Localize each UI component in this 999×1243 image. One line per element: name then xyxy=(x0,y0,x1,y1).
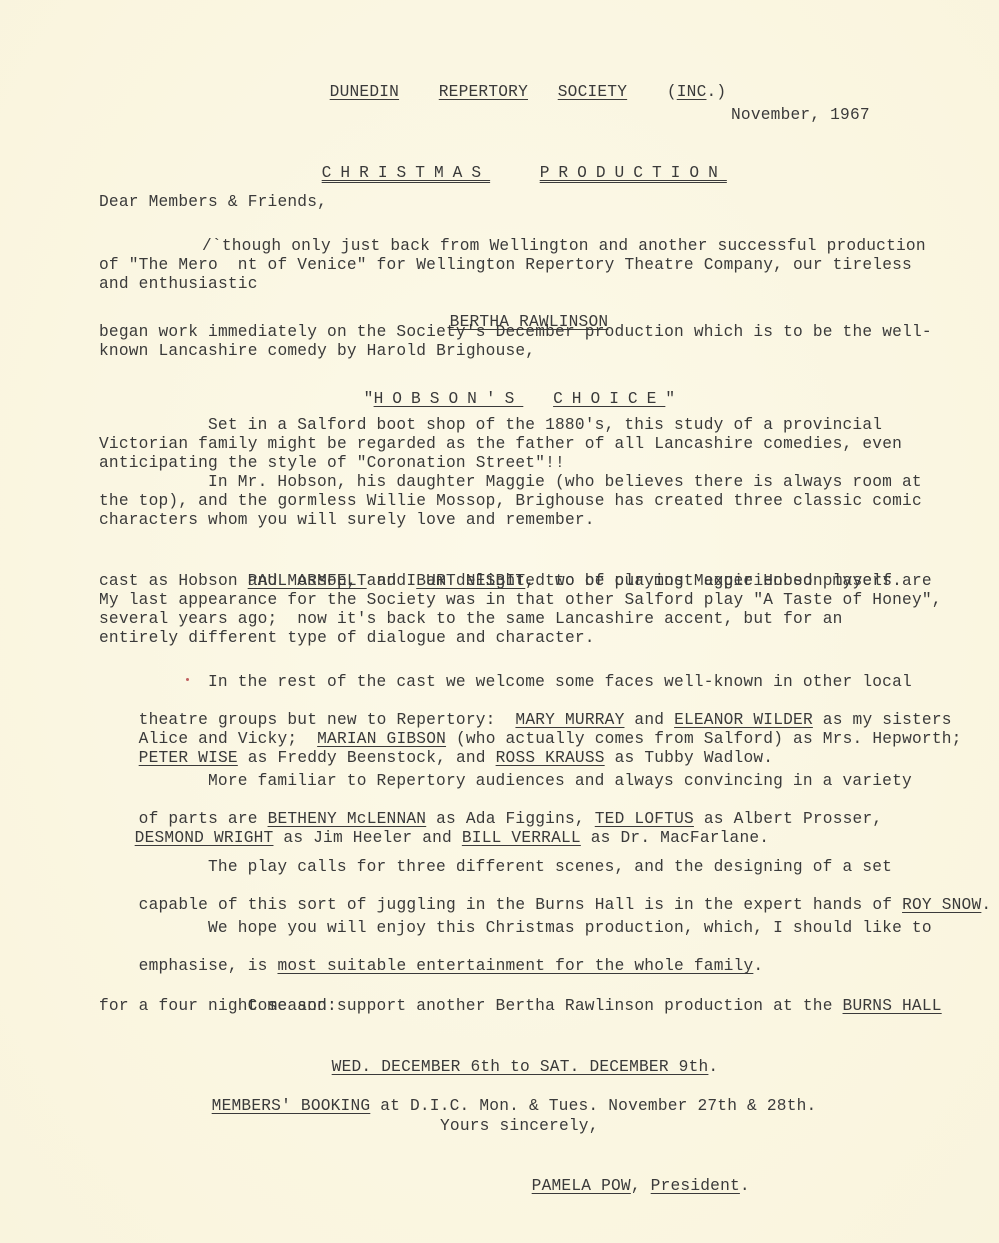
para2-line2: Victorian family might be regarded as th… xyxy=(99,435,902,454)
booking-label: MEMBERS' BOOKING xyxy=(212,1097,371,1115)
ink-mark xyxy=(186,678,189,681)
heading: CHRISTMAS PRODUCTION xyxy=(282,145,727,202)
cast-ross-krauss: ROSS KRAUSS xyxy=(496,749,605,767)
text: as Tubby Wadlow. xyxy=(605,749,774,767)
text: . xyxy=(708,1058,718,1076)
para3-line3: My last appearance for the Society was i… xyxy=(99,591,942,610)
para2-line6: characters whom you will surely love and… xyxy=(99,511,595,530)
org-inc: INC xyxy=(677,83,707,101)
letter-page: DUNEDIN REPERTORY SOCIETY (INC.) Novembe… xyxy=(0,0,999,1243)
designer-roy-snow: ROY SNOW xyxy=(902,896,981,914)
paren-open: ( xyxy=(667,83,677,101)
para1-line3: and enthusiastic xyxy=(99,275,258,294)
season-range: WED. DECEMBER 6th to SAT. DECEMBER 9th xyxy=(332,1058,709,1076)
para7-line1: We hope you will enjoy this Christmas pr… xyxy=(208,919,932,938)
text: at D.I.C. Mon. & Tues. November 27th & 2… xyxy=(370,1097,816,1115)
paren-close: .) xyxy=(706,83,726,101)
para3-line2: cast as Hobson and Mossop, and I am deli… xyxy=(99,572,902,591)
text: . xyxy=(981,896,991,914)
org-word-repertory: REPERTORY xyxy=(439,83,528,101)
para1-line2: of "The Mero nt of Venice" for Wellingto… xyxy=(99,256,912,275)
para2-line3: anticipating the style of "Coronation St… xyxy=(99,454,565,473)
para4-line1: In the rest of the cast we welcome some … xyxy=(208,673,912,692)
closing: Yours sincerely, xyxy=(440,1117,599,1136)
para2-line5: the top), and the gormless Willie Mossop… xyxy=(99,492,922,511)
quote-open: " xyxy=(364,390,374,408)
para3-line4: several years ago; now it's back to the … xyxy=(99,610,843,629)
quote-close: " xyxy=(665,390,675,408)
letterhead: DUNEDIN REPERTORY SOCIETY (INC.) xyxy=(290,64,726,121)
para8-line2: for a four night season: xyxy=(99,997,337,1016)
para1-line1: /`though only just back from Wellington … xyxy=(202,237,926,256)
para3-line5: entirely different type of dialogue and … xyxy=(99,629,595,648)
text: emphasise, is xyxy=(139,957,278,975)
text: capable of this sort of juggling in the … xyxy=(139,896,902,914)
salutation: Dear Members & Friends, xyxy=(99,193,327,212)
signature: PAMELA POW, President. xyxy=(492,1158,750,1215)
org-word-society: SOCIETY xyxy=(558,83,627,101)
para2-line1: Set in a Salford boot shop of the 1880's… xyxy=(208,416,882,435)
signer-name: PAMELA POW xyxy=(532,1177,631,1195)
text: . xyxy=(740,1177,750,1195)
para1-line6: known Lancashire comedy by Harold Brigho… xyxy=(99,342,535,361)
family-emphasis: most suitable entertainment for the whol… xyxy=(277,957,753,975)
venue-burns-hall: BURNS HALL xyxy=(843,997,942,1015)
play-title-hobsons: HOBSON'S xyxy=(374,390,524,408)
para5-line1: More familiar to Repertory audiences and… xyxy=(208,772,912,791)
letter-date: November, 1967 xyxy=(731,106,870,125)
text: as Jim Heeler and xyxy=(273,829,461,847)
play-title-choice: CHOICE xyxy=(553,390,665,408)
heading-christmas: CHRISTMAS xyxy=(322,164,490,182)
text: as Freddy Beenstock, and xyxy=(238,749,496,767)
cast-bill-verrall: BILL VERRALL xyxy=(462,829,581,847)
org-word-dunedin: DUNEDIN xyxy=(330,83,399,101)
cast-peter-wise: PETER WISE xyxy=(139,749,238,767)
signer-title: President xyxy=(651,1177,740,1195)
heading-production: PRODUCTION xyxy=(540,164,727,182)
text: , xyxy=(631,1177,651,1195)
text: . xyxy=(753,957,763,975)
cast-desmond-wright: DESMOND WRIGHT xyxy=(135,829,274,847)
para2-line4: In Mr. Hobson, his daughter Maggie (who … xyxy=(208,473,922,492)
text: as Dr. MacFarlane. xyxy=(581,829,769,847)
para1-line5: began work immediately on the Society's … xyxy=(99,323,932,342)
para6-line1: The play calls for three different scene… xyxy=(208,858,892,877)
